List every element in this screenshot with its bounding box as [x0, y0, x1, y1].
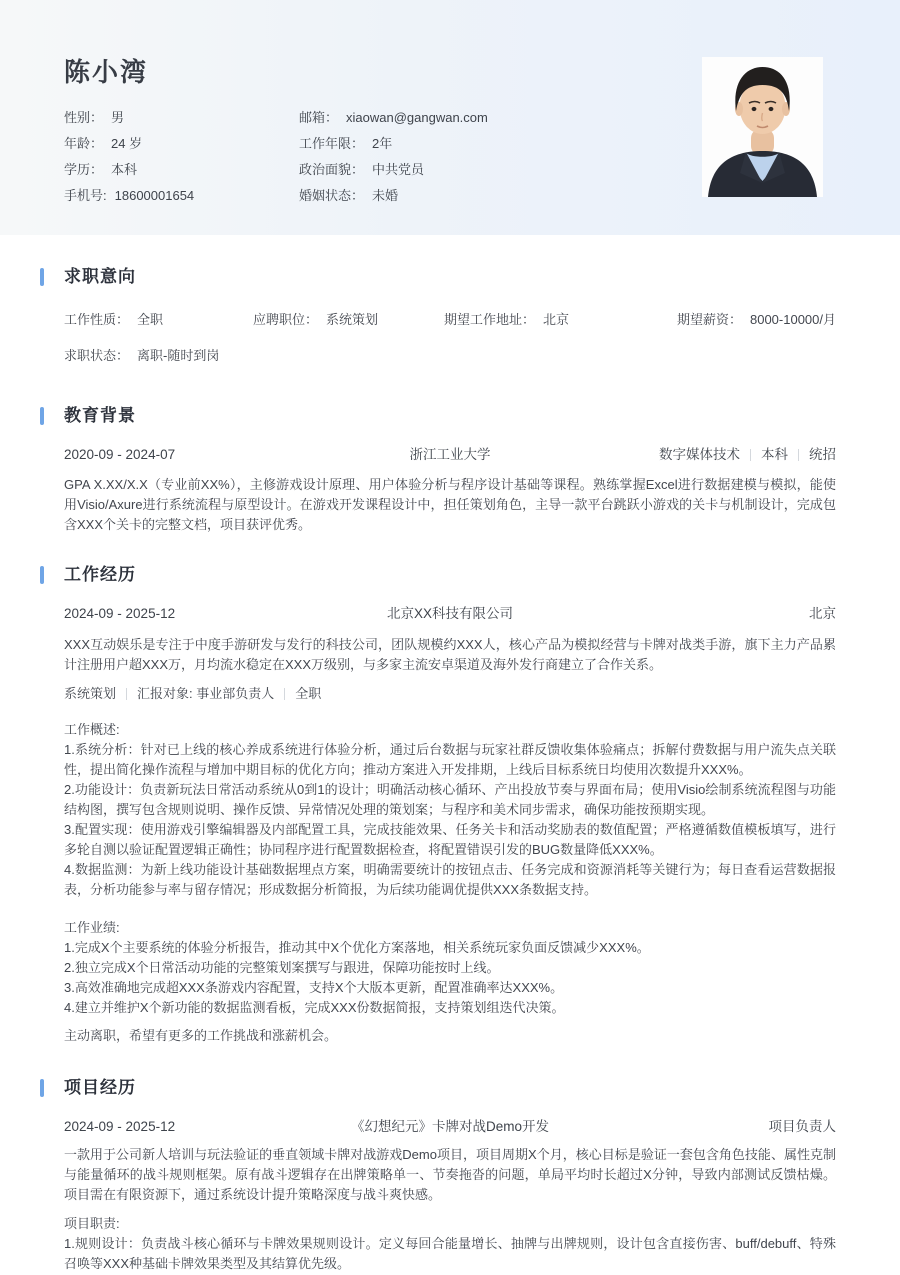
project-description: 一款用于公司新人培训与玩法验证的垂直领域卡牌对战游戏Demo项目，项目周期X个月… [64, 1145, 836, 1205]
enroll-type: 统招 [809, 446, 836, 463]
work-achievements: 工作业绩: 1.完成X个主要系统的体验分析报告，推动其中X个优化方案落地，相关系… [64, 918, 836, 1018]
leave-reason: 主动离职，希望有更多的工作挑战和涨薪机会。 [64, 1026, 836, 1046]
education-description: GPA X.XX/X.X（专业前XX%），主修游戏设计原理、用户体验分析与程序设… [64, 475, 836, 535]
major: 数字媒体技术 [659, 446, 740, 463]
info-age: 年龄：24 岁 [64, 133, 299, 152]
company-name: 北京XX科技有限公司 [387, 605, 513, 622]
section-title-work: 工作经历 [64, 565, 836, 585]
work-overview-item: 4.数据监测：为新上线功能设计基础数据埋点方案，明确需要统计的按钮点击、任务完成… [64, 860, 836, 900]
work-achievement-item: 4.建立并维护X个新功能的数据监测看板，完成XXX份数据简报，支持策划组迭代决策… [64, 998, 836, 1018]
info-education: 学历：本科 [64, 159, 299, 178]
project-duties-title: 项目职责: [64, 1214, 836, 1234]
resume-header: 陈小湾 性别：男 邮箱：xiaowan@gangwan.com 年龄：24 岁 … [0, 0, 900, 235]
work-meta-row: 2024-09 - 2025-12 北京XX科技有限公司 北京 [64, 605, 836, 622]
education-period: 2020-09 - 2024-07 [64, 446, 175, 463]
work-location: 北京 [809, 605, 836, 622]
job-intent-row-2: 求职状态：离职-随时到岗 [64, 348, 836, 364]
work-achievement-item: 2.独立完成X个日常活动功能的完整策划案撰写与跟进，保障功能按时上线。 [64, 958, 836, 978]
field-expected-location: 期望工作地址：北京 [444, 312, 659, 328]
work-overview-title: 工作概述: [64, 720, 836, 740]
resume-page: 陈小湾 性别：男 邮箱：xiaowan@gangwan.com 年龄：24 岁 … [0, 0, 900, 1275]
profile-photo-illustration [702, 57, 823, 197]
project-duties: 项目职责: 1.规则设计：负责战斗核心循环与卡牌效果规则设计。定义每回合能量增长… [64, 1214, 836, 1274]
section-accent-bar [40, 1079, 44, 1097]
profile-photo [702, 57, 823, 197]
section-title-project: 项目经历 [64, 1078, 836, 1098]
work-overview-item: 2.功能设计：负责新玩法日常活动系统从0到1的设计；明确活动核心循环、产出投放节… [64, 780, 836, 820]
field-job-nature: 工作性质：全职 [64, 312, 253, 328]
section-title-job-intent: 求职意向 [64, 267, 836, 287]
work-achievement-item: 3.高效准确地完成超XXX条游戏内容配置，支持X个大版本更新，配置准确率达XXX… [64, 978, 836, 998]
project-meta-row: 2024-09 - 2025-12 《幻想纪元》卡牌对战Demo开发 项目负责人 [64, 1118, 836, 1135]
project-duty-item: 1.规则设计：负责战斗核心循环与卡牌效果规则设计。定义每回合能量增长、抽牌与出牌… [64, 1234, 836, 1274]
info-phone: 手机号:18600001654 [64, 185, 299, 204]
field-job-status: 求职状态：离职-随时到岗 [64, 348, 836, 364]
info-gender: 性别：男 [64, 107, 299, 126]
work-period: 2024-09 - 2025-12 [64, 605, 175, 622]
degree: 本科 [761, 446, 788, 463]
section-accent-bar [40, 566, 44, 584]
education-meta-row: 2020-09 - 2024-07 浙江工业大学 数字媒体技术 本科 统招 [64, 446, 836, 463]
divider [750, 449, 751, 461]
divider [798, 449, 799, 461]
work-achievement-item: 1.完成X个主要系统的体验分析报告，推动其中X个优化方案落地，相关系统玩家负面反… [64, 938, 836, 958]
report-to: 汇报对象: 事业部负责人 [137, 685, 274, 702]
project-period: 2024-09 - 2025-12 [64, 1118, 175, 1135]
work-achievements-title: 工作业绩: [64, 918, 836, 938]
work-overview: 工作概述: 1.系统分析：针对已上线的核心养成系统进行体验分析，通过后台数据与玩… [64, 720, 836, 900]
field-expected-salary: 期望薪资：8000-10000/月 [659, 312, 836, 328]
school-name: 浙江工业大学 [410, 446, 491, 463]
resume-body: 求职意向 工作性质：全职 应聘职位：系统策划 期望工作地址：北京 期望薪资：80… [0, 267, 900, 1274]
field-target-position: 应聘职位：系统策划 [253, 312, 444, 328]
section-accent-bar [40, 407, 44, 425]
work-role: 系统策划 [64, 685, 116, 702]
divider [126, 688, 127, 700]
company-intro: XXX互动娱乐是专注于中度手游研发与发行的科技公司，团队规模约XXX人，核心产品… [64, 635, 836, 675]
section-title-education: 教育背景 [64, 406, 836, 426]
divider [284, 688, 285, 700]
education-tags: 数字媒体技术 本科 统招 [659, 446, 836, 463]
work-role-line: 系统策划 汇报对象: 事业部负责人 全职 [64, 685, 836, 702]
project-name: 《幻想纪元》卡牌对战Demo开发 [351, 1118, 549, 1135]
project-role: 项目负责人 [769, 1118, 837, 1135]
section-accent-bar [40, 268, 44, 286]
work-overview-item: 1.系统分析：针对已上线的核心养成系统进行体验分析，通过后台数据与玩家社群反馈收… [64, 740, 836, 780]
work-job-type: 全职 [295, 685, 321, 702]
job-intent-row: 工作性质：全职 应聘职位：系统策划 期望工作地址：北京 期望薪资：8000-10… [64, 312, 836, 328]
work-overview-item: 3.配置实现：使用游戏引擎编辑器及内部配置工具，完成技能效果、任务关卡和活动奖励… [64, 820, 836, 860]
